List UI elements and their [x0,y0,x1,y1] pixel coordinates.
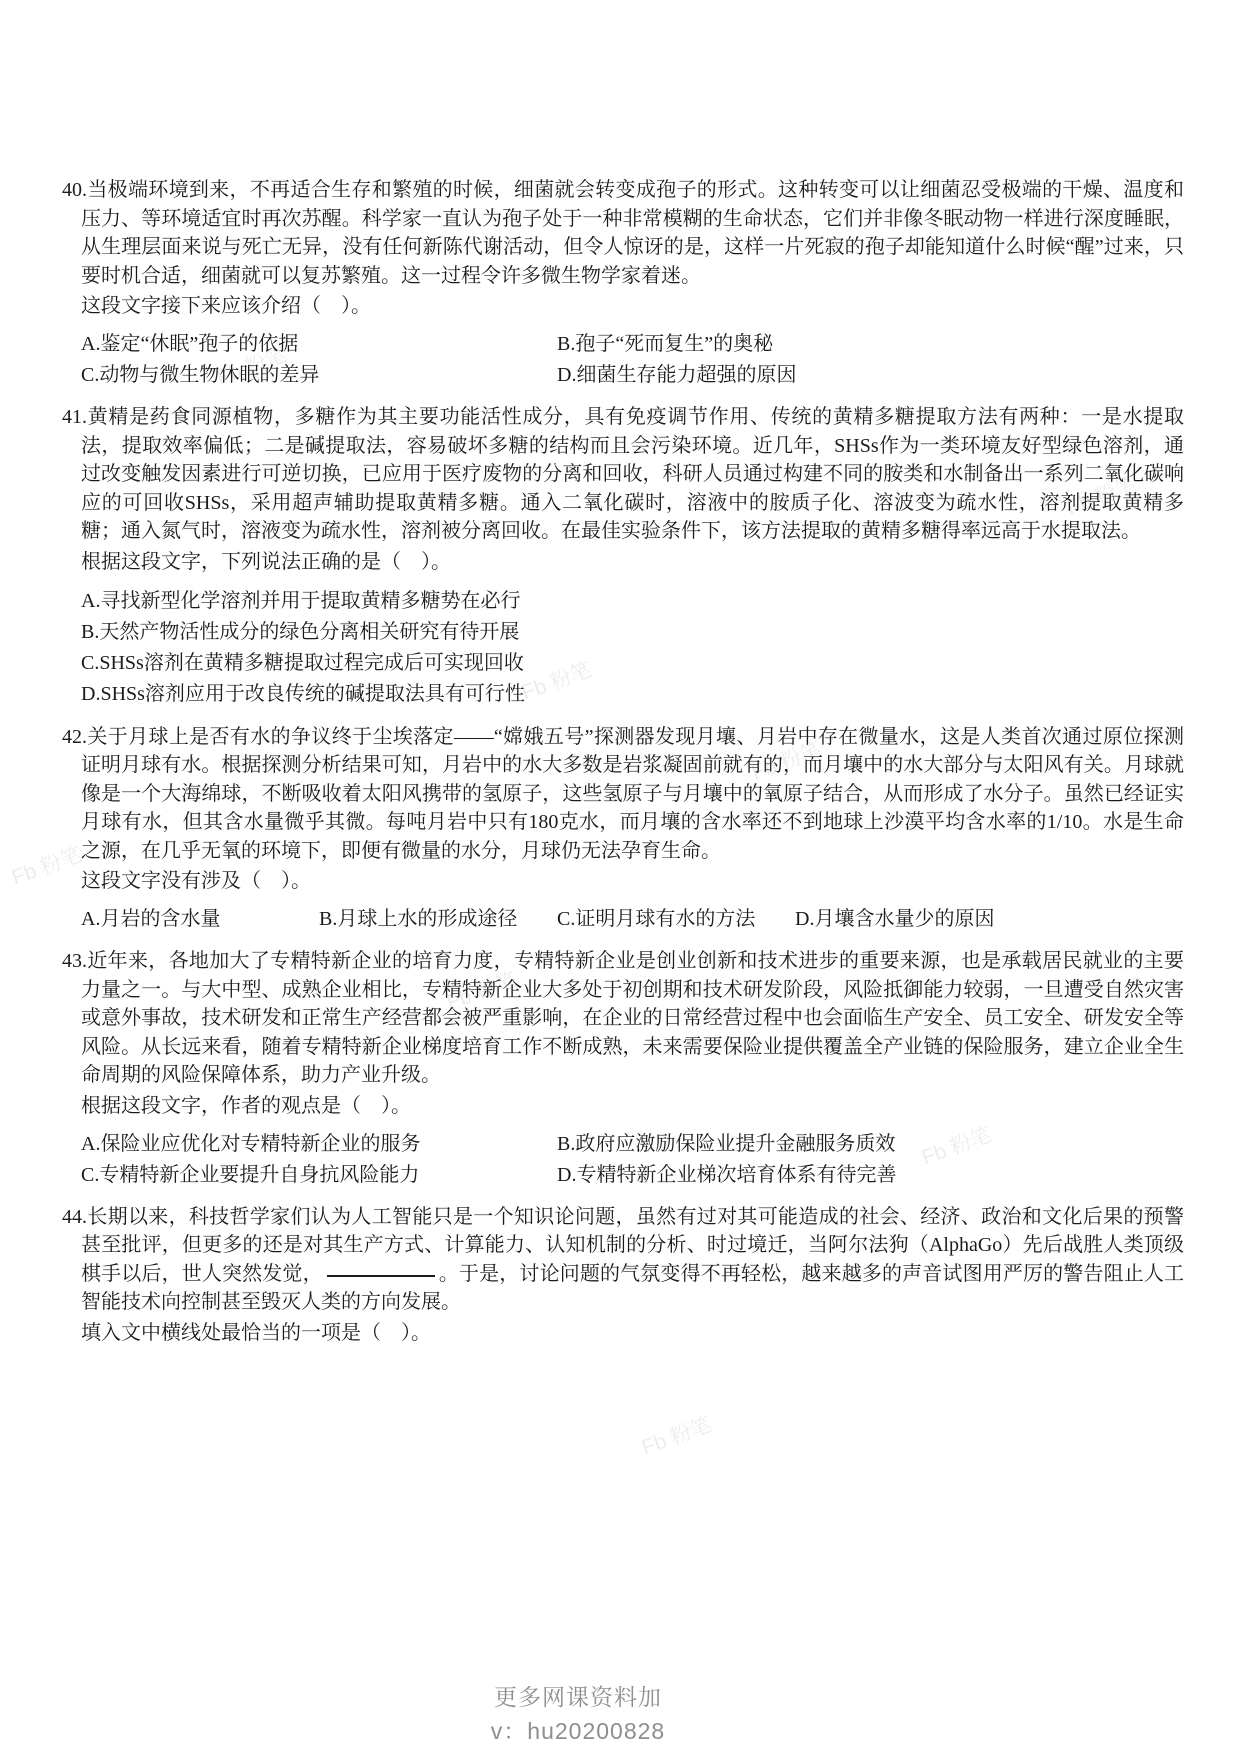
option-label: A. [81,333,100,355]
option-text: SHSs溶剂应用于改良传统的碱提取法具有可行性 [100,683,524,705]
option-label: D. [557,1164,576,1186]
question-44-number: 44. [62,1206,87,1228]
option-label: A. [81,1133,100,1155]
fill-in-blank-line [327,1273,435,1277]
question-41-option-a: A.寻找新型化学溶剂并用于提取黄精多糖势在必行 [81,586,1184,617]
option-text: 寻找新型化学溶剂并用于提取黄精多糖势在必行 [100,590,520,612]
question-41-body: 黄精是药食同源植物，多糖作为其主要功能活性成分，具有免疫调节作用、传统的黄精多糖… [81,406,1184,542]
question-42-option-d: D.月壤含水量少的原因 [795,905,1184,934]
question-43-body: 近年来，各地加大了专精特新企业的培育力度，专精特新企业是创业创新和技术进步的重要… [81,950,1184,1086]
question-44: 44.长期以来，科技哲学家们认为人工智能只是一个知识论问题，虽然有过对其可能造成… [62,1203,1184,1348]
option-label: C. [557,908,575,930]
option-text: 证明月球有水的方法 [575,908,755,930]
option-text: 政府应激励保险业提升金融服务质效 [575,1133,895,1155]
question-43-option-b: B.政府应激励保险业提升金融服务质效 [557,1130,1184,1159]
question-42-option-a: A.月岩的含水量 [81,905,319,934]
exam-page-content: 40.当极端环境到来，不再适合生存和繁殖的时候，细菌就会转变成孢子的形式。这种转… [62,176,1184,1361]
option-label: B. [81,621,99,643]
question-43-stem: 根据这段文字，作者的观点是（ ）。 [62,1092,1184,1121]
question-40-option-b: B.孢子“死而复生”的奥秘 [557,330,1184,359]
option-text: 月岩的含水量 [100,908,220,930]
question-43-option-d: D.专精特新企业梯次培育体系有待完善 [557,1161,1184,1190]
option-label: C. [81,364,99,386]
question-41-option-d: D.SHSs溶剂应用于改良传统的碱提取法具有可行性 [81,679,1184,710]
question-43-option-a: A.保险业应优化对专精特新企业的服务 [81,1130,557,1159]
option-text: 鉴定“休眠”孢子的依据 [100,333,298,355]
question-43-number: 43. [62,950,87,972]
question-40-options: A.鉴定“休眠”孢子的依据 B.孢子“死而复生”的奥秘 C.动物与微生物休眠的差… [62,330,1184,390]
question-43: 43.近年来，各地加大了专精特新企业的培育力度，专精特新企业是创业创新和技术进步… [62,947,1184,1190]
question-42-option-c: C.证明月球有水的方法 [557,905,795,934]
question-40-number: 40. [62,179,87,201]
question-43-option-c: C.专精特新企业要提升自身抗风险能力 [81,1161,557,1190]
question-42-paragraph: 42.关于月球上是否有水的争议终于尘埃落定——“嫦娥五号”探测器发现月壤、月岩中… [62,723,1184,866]
question-40-option-d: D.细菌生存能力超强的原因 [557,361,1184,390]
question-40-option-a: A.鉴定“休眠”孢子的依据 [81,330,557,359]
question-40-option-c: C.动物与微生物休眠的差异 [81,361,557,390]
option-label: A. [81,590,100,612]
question-41: 41.黄精是药食同源植物，多糖作为其主要功能活性成分，具有免疫调节作用、传统的黄… [62,403,1184,710]
option-text: 细菌生存能力超强的原因 [576,364,796,386]
question-40-body: 当极端环境到来，不再适合生存和繁殖的时候，细菌就会转变成孢子的形式。这种转变可以… [81,179,1184,287]
option-text: 月壤含水量少的原因 [814,908,994,930]
option-label: D. [557,364,576,386]
question-41-paragraph: 41.黄精是药食同源植物，多糖作为其主要功能活性成分，具有免疫调节作用、传统的黄… [62,403,1184,546]
option-text: 月球上水的形成途径 [337,908,517,930]
option-label: C. [81,1164,99,1186]
option-text: 保险业应优化对专精特新企业的服务 [100,1133,420,1155]
option-label: B. [557,333,575,355]
option-text: SHSs溶剂在黄精多糖提取过程完成后可实现回收 [99,652,523,674]
question-41-stem: 根据这段文字，下列说法正确的是（ ）。 [62,548,1184,577]
question-41-option-b: B.天然产物活性成分的绿色分离相关研究有待开展 [81,617,1184,648]
question-43-paragraph: 43.近年来，各地加大了专精特新企业的培育力度，专精特新企业是创业创新和技术进步… [62,947,1184,1090]
watermark-text: Fb 粉笔 [637,1409,715,1462]
question-42: 42.关于月球上是否有水的争议终于尘埃落定——“嫦娥五号”探测器发现月壤、月岩中… [62,723,1184,935]
question-41-options: A.寻找新型化学溶剂并用于提取黄精多糖势在必行 B.天然产物活性成分的绿色分离相… [62,586,1184,710]
page-footer: 更多网课资料加 v：hu20200828 [0,1680,1156,1748]
question-40-stem: 这段文字接下来应该介绍（ ）。 [62,292,1184,321]
question-42-number: 42. [62,726,87,748]
question-42-body: 关于月球上是否有水的争议终于尘埃落定——“嫦娥五号”探测器发现月壤、月岩中存在微… [81,726,1184,862]
option-label: B. [557,1133,575,1155]
question-41-number: 41. [62,406,87,428]
question-42-stem: 这段文字没有涉及（ ）。 [62,867,1184,896]
option-text: 专精特新企业梯次培育体系有待完善 [576,1164,896,1186]
footer-line-2: v：hu20200828 [0,1714,1156,1748]
option-label: D. [81,683,100,705]
question-42-option-b: B.月球上水的形成途径 [319,905,557,934]
question-41-option-c: C.SHSs溶剂在黄精多糖提取过程完成后可实现回收 [81,648,1184,679]
option-label: A. [81,908,100,930]
question-44-paragraph: 44.长期以来，科技哲学家们认为人工智能只是一个知识论问题，虽然有过对其可能造成… [62,1203,1184,1317]
option-label: D. [795,908,814,930]
footer-line-1: 更多网课资料加 [0,1680,1156,1714]
option-text: 天然产物活性成分的绿色分离相关研究有待开展 [99,621,519,643]
question-43-options: A.保险业应优化对专精特新企业的服务 B.政府应激励保险业提升金融服务质效 C.… [62,1130,1184,1190]
question-42-options: A.月岩的含水量 B.月球上水的形成途径 C.证明月球有水的方法 D.月壤含水量… [62,905,1184,934]
question-40-paragraph: 40.当极端环境到来，不再适合生存和繁殖的时候，细菌就会转变成孢子的形式。这种转… [62,176,1184,290]
question-44-stem: 填入文中横线处最恰当的一项是（ ）。 [62,1319,1184,1348]
option-label: B. [319,908,337,930]
question-40: 40.当极端环境到来，不再适合生存和繁殖的时候，细菌就会转变成孢子的形式。这种转… [62,176,1184,390]
option-text: 专精特新企业要提升自身抗风险能力 [99,1164,419,1186]
option-text: 孢子“死而复生”的奥秘 [575,333,773,355]
option-label: C. [81,652,99,674]
option-text: 动物与微生物休眠的差异 [99,364,319,386]
